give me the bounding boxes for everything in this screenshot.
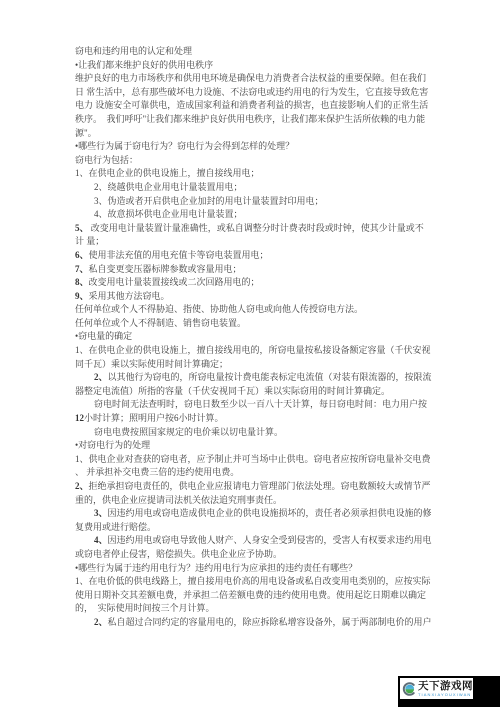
text-line: 、 并承担补交电费三倍的违约使用电费。	[75, 466, 437, 480]
text-line: 8、改变用电计量装置接线或二次回路用电的；	[75, 276, 437, 290]
watermark-texts: 天下游戏网 TIANXIAYOUXIWANG	[418, 681, 473, 697]
text-line: 2、以其他行为窃电的，所窃电量按计费电能表标定电流值（对装有限流器的，按限流	[75, 371, 437, 385]
line-text: •窃电量的确定	[75, 331, 132, 341]
text-line: 秩序。 我们呼吁"让我们都来维护良好供用电秩序，让我们都来保护生活所依赖的电力能	[75, 113, 437, 127]
line-marker: 5、	[75, 223, 89, 233]
line-text: 窃电和违约用电的认定和处理	[75, 46, 192, 56]
text-line: 器整定电流值）所指的容量（千伏安视同千瓦）乘以实际窃用的时间计算确定。	[75, 385, 437, 399]
text-line: 窃电电费按照国家规定的电价乘以切电量计算。	[75, 426, 437, 440]
line-text: 私自超过合同约定的容量用电的，除应拆除私增容设备外，属于两部制电价的用户	[108, 617, 432, 627]
line-text: 同千瓦）乘以实际使用时间计算确定；	[75, 359, 228, 369]
text-line: 任何单位或个人不得胁迫、指使、协助他人窃电或向他人传授窃电方法。	[75, 303, 437, 317]
line-marker: 7、	[75, 264, 89, 274]
line-marker: 3、	[94, 196, 108, 206]
line-text: 、 并承担补交电费三倍的违约使用电费。	[75, 467, 239, 477]
text-line: 窃电行为包括：	[75, 154, 437, 168]
text-line: 维护良好的电力市场秩序和供用电环境是确保电力消费者合法权益的重要保障。但在我们	[75, 72, 437, 86]
globe-swirl-icon	[402, 682, 416, 696]
line-text: 供电企业对查获的窃电者，应予制止并可当场中止供电。窃电者应按所窃电量补交电费	[89, 454, 431, 464]
text-line: 4、因违约用电或窃电导致他人财产、人身安全受到侵害的，受害人有权要求违约用电	[75, 534, 437, 548]
text-line: 7、私自变更变压器标牌参数或容量用电；	[75, 263, 437, 277]
line-text: 以其他行为窃电的，所窃电量按计费电能表标定电流值（对装有限流器的，按限流	[108, 372, 432, 382]
line-marker: 2、	[75, 481, 89, 491]
line-text: 电力 设施安全可靠供电，造成国家利益和消费者利益的损害，也直接影响人们的正常生活	[75, 100, 428, 110]
text-line: 复费用或进行赔偿。	[75, 521, 437, 535]
site-name: 天下游戏网	[418, 681, 473, 692]
text-line: 3、伪造或者开启供电企业加封的用电计量装置封印用电；	[75, 195, 437, 209]
text-line: 4、故意损坏供电企业用电计量装置；	[75, 208, 437, 222]
line-text: •让我们都来维护良好的供用电秩序	[75, 60, 213, 70]
line-marker: 1、	[75, 576, 89, 586]
text-line: 9、采用其他方法窃电。	[75, 290, 437, 304]
text-line: 计 量；	[75, 235, 437, 249]
line-marker: 6、	[75, 250, 89, 260]
line-text: 故意损坏供电企业用电计量装置；	[108, 209, 243, 219]
text-line: 日 常生活中，总有那些破坏电力设施、不法窃电或违约用电的行为发生，它直接导致危害	[75, 86, 437, 100]
line-marker: 12	[75, 413, 84, 423]
line-text: 器整定电流值）所指的容量（千伏安视同千瓦）乘以实际窃用的时间计算确定。	[75, 386, 390, 396]
text-line: 同千瓦）乘以实际使用时间计算确定；	[75, 358, 437, 372]
line-marker: 4、	[94, 209, 108, 219]
text-line: •对窃电行为的处理	[75, 439, 437, 453]
text-line: 源"。	[75, 127, 437, 141]
line-text: 重的，供电企业应提请司法机关依法追究刑事责任。	[75, 495, 282, 505]
text-line: 窃电和违约用电的认定和处理	[75, 45, 437, 59]
text-line: 或窃电者停止侵害，赔偿损失。供电企业应予协助。	[75, 548, 437, 562]
line-text: 在供电企业的供电设施上，擅自接线用电；	[89, 168, 260, 178]
line-text: 使用非法充值的用电充值卡等窃电装置用电；	[89, 250, 269, 260]
line-text: •对窃电行为的处理	[75, 440, 150, 450]
line-text: 窃电电费按照国家规定的电价乘以切电量计算。	[94, 427, 283, 437]
text-line: •窃电量的确定	[75, 330, 437, 344]
line-marker: 1、	[75, 168, 89, 178]
line-text: 窃电行为包括：	[75, 155, 138, 165]
line-text: 改变用电计量装置计量准确性，或私自调整分时计费表时段或时钟，使其少计量或不	[89, 223, 424, 233]
line-text: 源"。	[75, 128, 97, 138]
text-line: 任何单位或个人不得制造、销售窃电装置。	[75, 317, 437, 331]
line-text: 伪造或者开启供电企业加封的用电计量装置封印用电；	[108, 196, 324, 206]
line-text: 在供电企业的供电设施上，擅自接线用电的，所窃电量按私接设备额定容量（千伏安视	[89, 345, 431, 355]
line-marker: 2、	[94, 182, 108, 192]
document-body: 窃电和违约用电的认定和处理•让我们都来维护良好的供用电秩序维护良好的电力市场秩序…	[75, 45, 437, 630]
line-text: 任何单位或个人不得制造、销售窃电装置。	[75, 318, 246, 328]
line-text: 绕越供电企业用电计量装置用电；	[108, 182, 243, 192]
line-marker: 4、	[94, 535, 108, 545]
text-line: 6、使用非法充值的用电充值卡等窃电装置用电；	[75, 249, 437, 263]
text-line: 1、供电企业对查获的窃电者，应予制止并可当场中止供电。窃电者应按所窃电量补交电费	[75, 453, 437, 467]
line-text: 私自变更变压器标牌参数或容量用电；	[89, 264, 242, 274]
text-line: 1、在供电企业的供电设施上，擅自接线用电的，所窃电量按私接设备额定容量（千伏安视	[75, 344, 437, 358]
watermark: 天下游戏网 TIANXIAYOUXIWANG	[398, 676, 500, 707]
line-text: 或窃电者停止侵害，赔偿损失。供电企业应予协助。	[75, 549, 282, 559]
text-line: 5、 改变用电计量装置计量准确性，或私自调整分时计费表时段或时钟，使其少计量或不	[75, 222, 437, 236]
line-marker: 8、	[75, 277, 89, 287]
line-text: 拒绝承担窃电责任的，供电企业应报请电力管理部门依法处理。窃电数额较大或情节严	[89, 481, 431, 491]
line-text: 任何单位或个人不得胁迫、指使、协助他人窃电或向他人传授窃电方法。	[75, 304, 363, 314]
text-line: 1、在供电企业的供电设施上，擅自接线用电；	[75, 167, 437, 181]
line-text: 日 常生活中，总有那些破坏电力设施、不法窃电或违约用电的行为发生，它直接导致危害	[75, 87, 428, 97]
line-text: 维护良好的电力市场秩序和供用电环境是确保电力消费者合法权益的重要保障。但在我们	[75, 73, 426, 83]
line-marker: 9、	[75, 291, 89, 301]
line-text: •哪些行为属于违约用电行为？违约用电行为应承担的违约责任有哪些？	[75, 563, 357, 573]
line-marker: 1、	[75, 345, 89, 355]
line-text: 的， 实际使用时间按三个月计算。	[75, 603, 215, 613]
line-text: 小时计算；照明用户按6小时计算。	[84, 413, 224, 423]
line-marker: 2、	[94, 617, 108, 627]
line-text: 计 量；	[75, 236, 104, 246]
line-text: 窃电时间无法查明时，窃电日数至少以一百八十天计算，每日窃电时间：电力用户按	[94, 399, 427, 409]
text-line: 1、在电价低的供电线路上，擅自接用电价高的用电设备或私自改变用电类别的，应按实际	[75, 575, 437, 589]
line-marker: 3、	[94, 508, 108, 518]
watermark-logo-box: 天下游戏网 TIANXIAYOUXIWANG	[400, 678, 473, 699]
line-text: 在电价低的供电线路上，擅自接用电价高的用电设备或私自改变用电类别的，应按实际	[89, 576, 431, 586]
text-line: 2、拒绝承担窃电责任的，供电企业应报请电力管理部门依法处理。窃电数额较大或情节严	[75, 480, 437, 494]
line-marker: 1、	[75, 454, 89, 464]
text-line: •哪些行为属于窃电行为？窃电行为会得到怎样的处理？	[75, 140, 437, 154]
text-line: 2、私自超过合同约定的容量用电的，除应拆除私增容设备外，属于两部制电价的用户	[75, 616, 437, 630]
site-pinyin: TIANXIAYOUXIWANG	[418, 693, 470, 697]
text-line: 的， 实际使用时间按三个月计算。	[75, 602, 437, 616]
text-line: 重的，供电企业应提请司法机关依法追究刑事责任。	[75, 494, 437, 508]
text-line: 3、因违约用电或窃电造成供电企业的供电设施损坏的，责任者必须承担供电设施的修	[75, 507, 437, 521]
text-line: •哪些行为属于违约用电行为？违约用电行为应承担的违约责任有哪些？	[75, 562, 437, 576]
line-text: •哪些行为属于窃电行为？窃电行为会得到怎样的处理？	[75, 141, 294, 151]
text-line: 12小时计算；照明用户按6小时计算。	[75, 412, 437, 426]
text-line: 使用日期补交其差额电费，并承担二倍差额电费的违约使用电费。使用起讫日期难以确定	[75, 589, 437, 603]
line-text: 秩序。 我们呼吁"让我们都来维护良好供用电秩序，让我们都来保护生活所依赖的电力能	[75, 114, 425, 124]
text-line: •让我们都来维护良好的供用电秩序	[75, 59, 437, 73]
line-text: 因违约用电或窃电造成供电企业的供电设施损坏的，责任者必须承担供电设施的修	[108, 508, 432, 518]
text-line: 电力 设施安全可靠供电，造成国家利益和消费者利益的损害，也直接影响人们的正常生活	[75, 99, 437, 113]
text-line: 窃电时间无法查明时，窃电日数至少以一百八十天计算，每日窃电时间：电力用户按	[75, 398, 437, 412]
line-text: 复费用或进行赔偿。	[75, 522, 156, 532]
line-text: 改变用电计量装置接线或二次回路用电的；	[89, 277, 260, 287]
line-text: 采用其他方法窃电。	[89, 291, 170, 301]
text-line: 2、绕越供电企业用电计量装置用电；	[75, 181, 437, 195]
line-marker: 2、	[94, 372, 108, 382]
line-text: 因违约用电或窃电导致他人财产、人身安全受到侵害的，受害人有权要求违约用电	[108, 535, 432, 545]
line-text: 使用日期补交其差额电费，并承担二倍差额电费的违约使用电费。使用起讫日期难以确定	[75, 590, 426, 600]
